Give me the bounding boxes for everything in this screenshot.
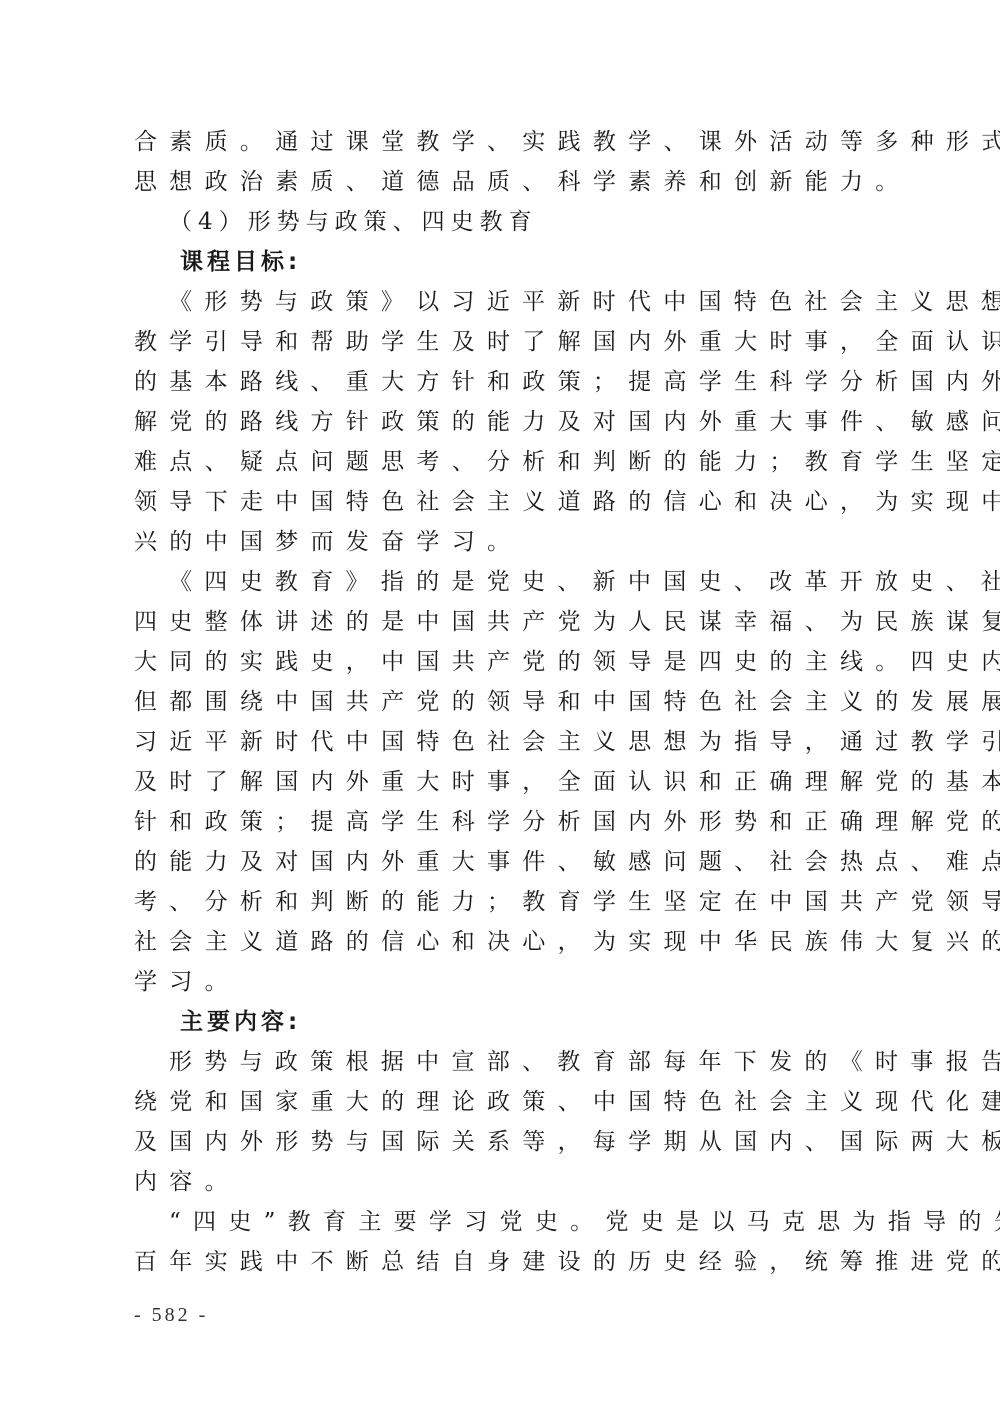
text-line: 的基本路线、重大方针和政策；提高学生科学分析国内外形势和正确理 (134, 362, 882, 402)
subheading-main-content: 主要内容: (134, 1002, 882, 1042)
text-line: 考、分析和判断的能力；教育学生坚定在中国共产党领导下走中国特色 (134, 882, 882, 922)
text-line: 的能力及对国内外重大事件、敏感问题、社会热点、难点、疑点问题思 (134, 842, 882, 882)
text-line: 解党的路线方针政策的能力及对国内外重大事件、敏感问题、社会热点、 (134, 402, 882, 442)
text-line: 社会主义道路的信心和决心，为实现中华民族伟大复兴的中国梦而发奋 (134, 922, 882, 962)
text-line: 思想政治素质、道德品质、科学素养和创新能力。 (134, 162, 882, 202)
text-line: 合素质。通过课堂教学、实践教学、课外活动等多种形式，提高学生的 (134, 122, 882, 162)
text-line: 四史整体讲述的是中国共产党为人民谋幸福、为民族谋复兴、为世界谋 (134, 602, 882, 642)
text-line: 及国内外形势与国际关系等，每学期从国内、国际两大板块中确定教学 (134, 1122, 882, 1162)
text-line: 难点、疑点问题思考、分析和判断的能力；教育学生坚定在中国共产党 (134, 442, 882, 482)
section-heading: （4）形势与政策、四史教育 (134, 202, 882, 242)
text-line: 教学引导和帮助学生及时了解国内外重大时事，全面认识和正确理解党 (134, 322, 882, 362)
text-line: 大同的实践史，中国共产党的领导是四史的主线。四史内容各有侧重， (134, 642, 882, 682)
text-line: 及时了解国内外重大时事，全面认识和正确理解党的基本路线、重大方 (134, 762, 882, 802)
document-page: 合素质。通过课堂教学、实践教学、课外活动等多种形式，提高学生的 思想政治素质、道… (134, 122, 882, 1282)
text-line: 学习。 (134, 962, 882, 1002)
page-number: - 582 - (134, 1303, 208, 1327)
text-line: 但都围绕中国共产党的领导和中国特色社会主义的发展展开。本课程以 (134, 682, 882, 722)
text-line: 针和政策；提高学生科学分析国内外形势和正确理解党的路线方针政策 (134, 802, 882, 842)
text-line: 内容。 (134, 1162, 882, 1202)
text-line: 绕党和国家重大的理论政策、中国特色社会主义现代化建设的伟大成就 (134, 1082, 882, 1122)
text-line: 习近平新时代中国特色社会主义思想为指导，通过教学引导和帮助学生 (134, 722, 882, 762)
paragraph-start: 形势与政策根据中宣部、教育部每年下发的《时事报告》，紧紧围 (134, 1042, 882, 1082)
paragraph-start: 《形势与政策》以习近平新时代中国特色社会主义思想为指导，通过 (134, 282, 882, 322)
text-line: 领导下走中国特色社会主义道路的信心和决心，为实现中华民族伟大复 (134, 482, 882, 522)
subheading-course-goals: 课程目标: (134, 242, 882, 282)
text-line: 兴的中国梦而发奋学习。 (134, 522, 882, 562)
text-line: 百年实践中不断总结自身建设的历史经验，统筹推进党的政治、思想、 (134, 1242, 882, 1282)
paragraph-start: 《四史教育》指的是党史、新中国史、改革开放史、社会主义发展史。 (134, 562, 882, 602)
paragraph-start: “四史”教育主要学习党史。党史是以马克思为指导的先进政党，在 (134, 1202, 882, 1242)
